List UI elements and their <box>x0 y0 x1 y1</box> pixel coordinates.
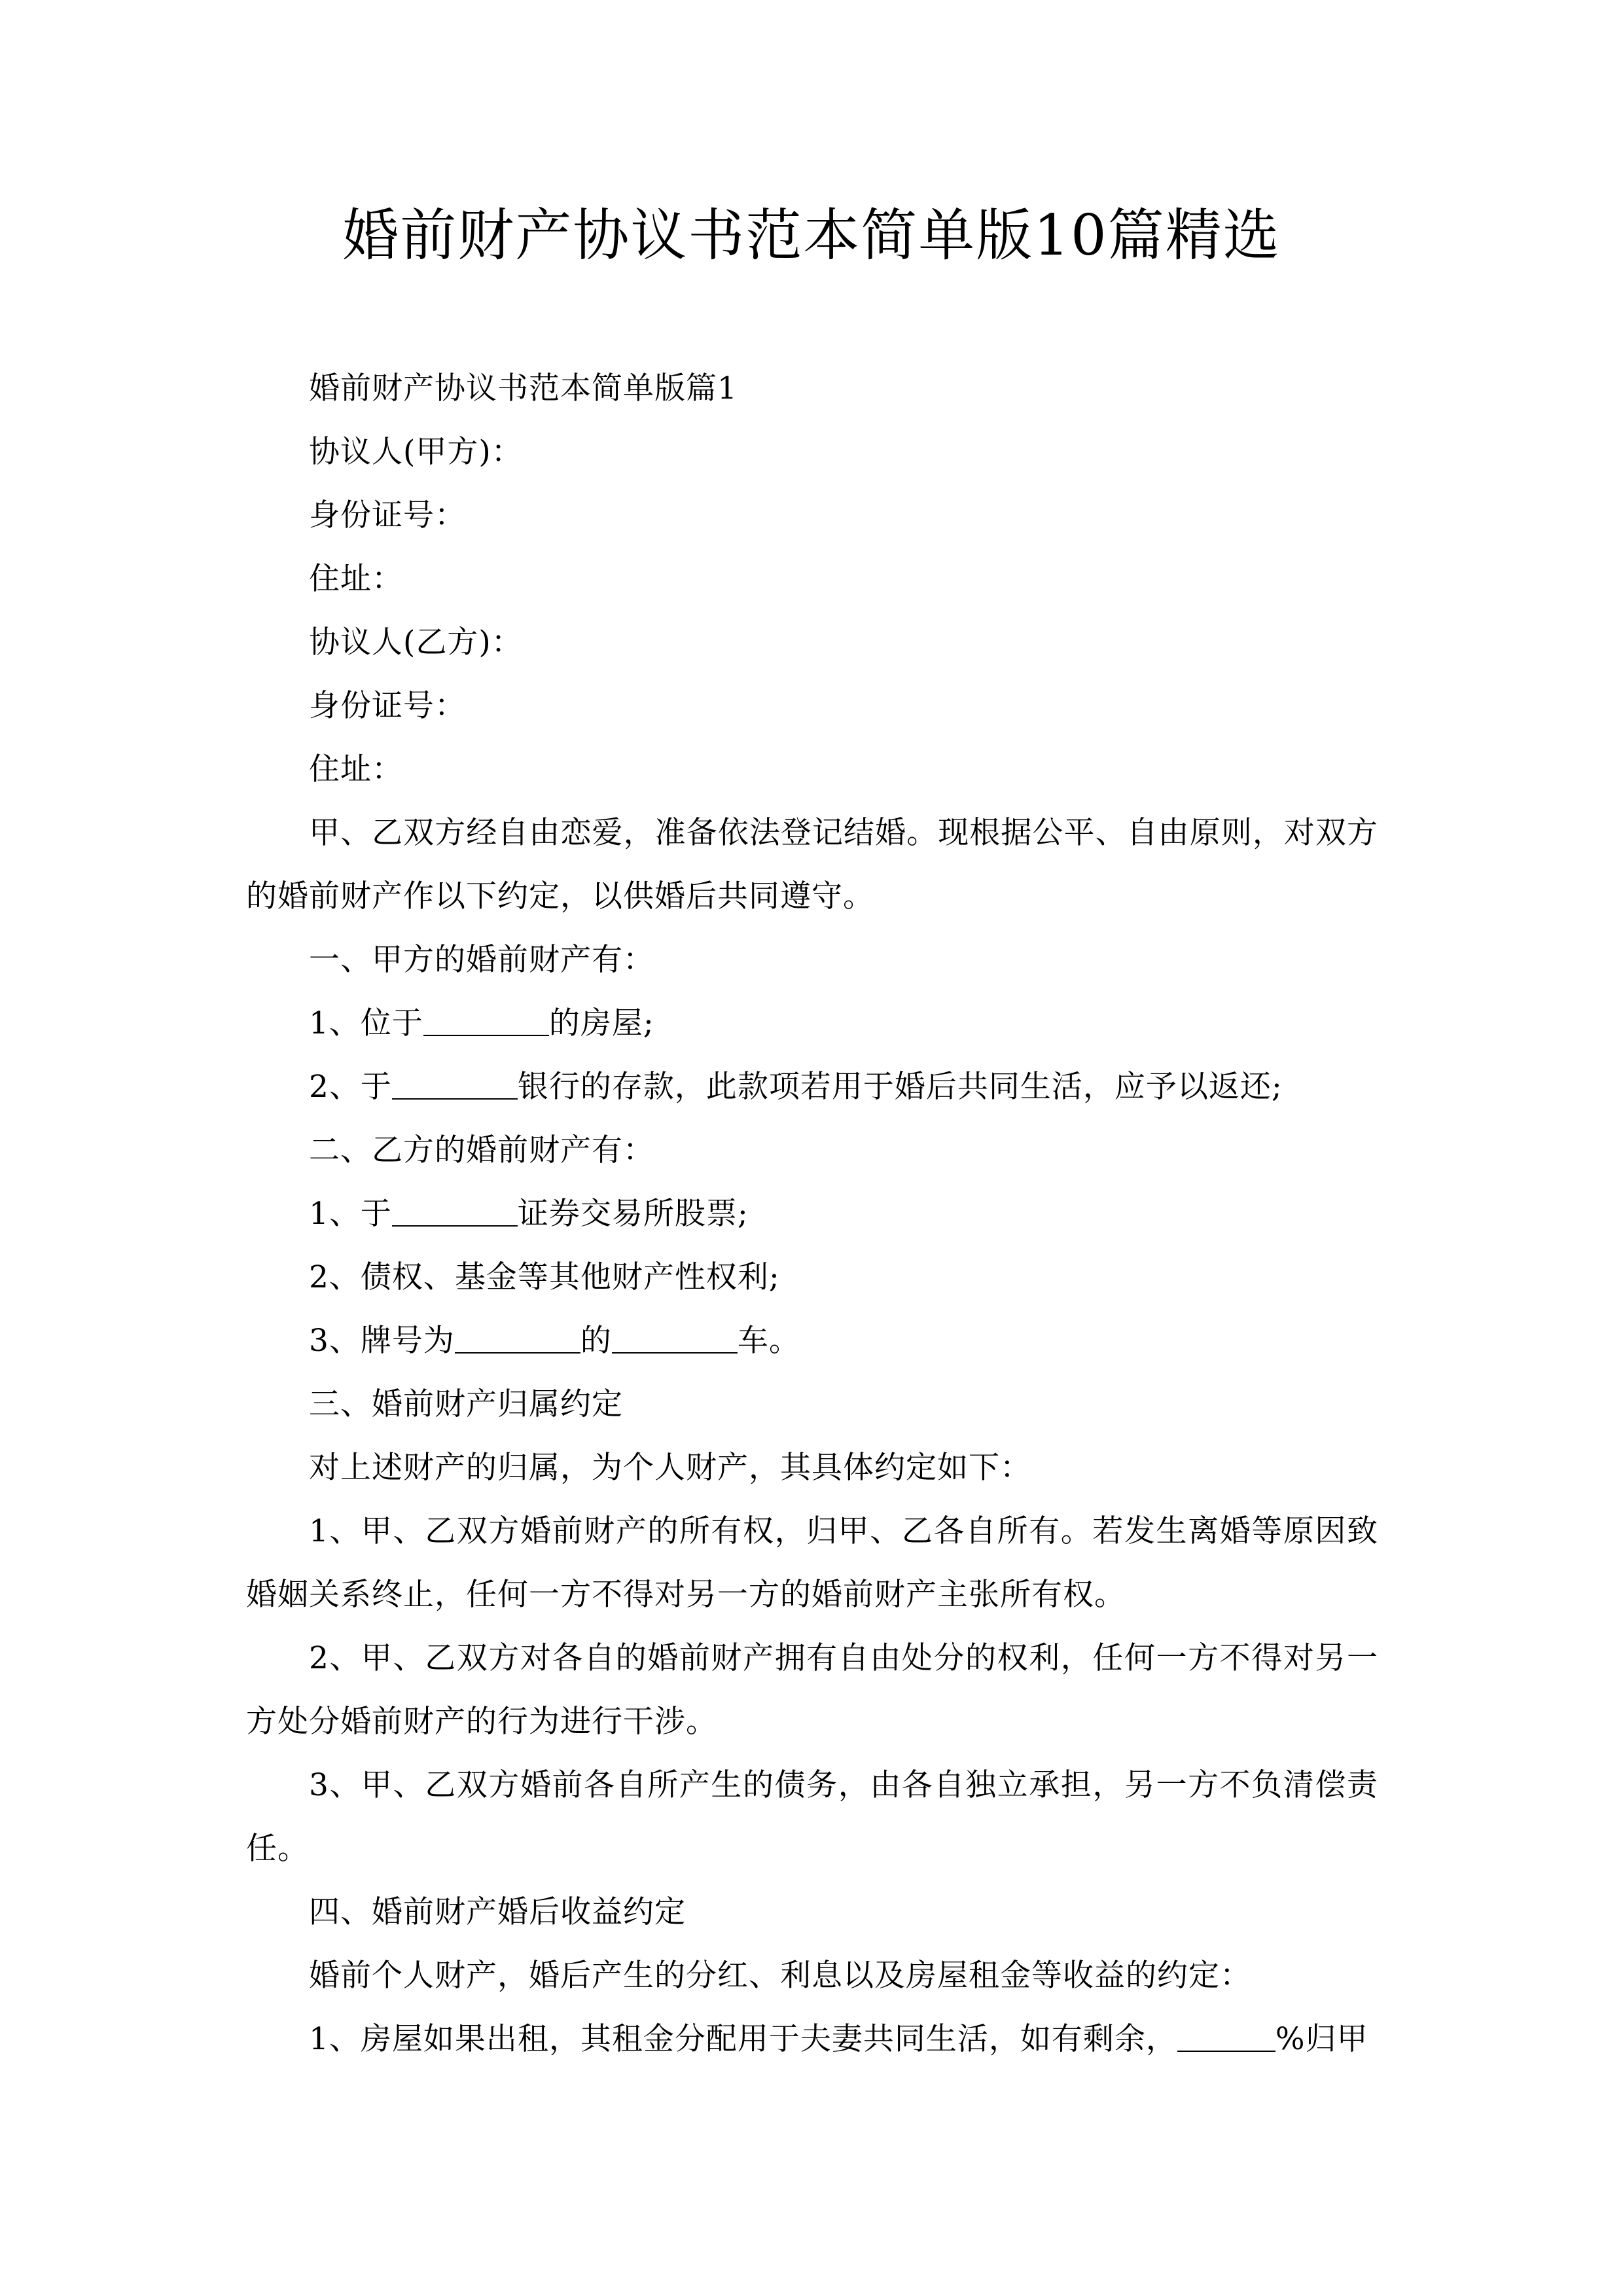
blank-field <box>392 1067 518 1100</box>
item-suffix: 的房屋; <box>549 1005 654 1041</box>
blank-field <box>392 1194 518 1227</box>
item-prefix: 2、于 <box>309 1069 392 1105</box>
section-two-item-1: 1、于证券交易所股票; <box>246 1182 1378 1246</box>
item-prefix: 1、位于 <box>309 1005 423 1041</box>
section-three-intro: 对上述财产的归属，为个人财产，其具体约定如下： <box>246 1436 1378 1499</box>
preamble-paragraph: 甲、乙双方经自由恋爱，准备依法登记结婚。现根据公平、自由原则，对双方的婚前财产作… <box>246 801 1378 928</box>
party-a-label: 协议人(甲方)： <box>246 420 1378 484</box>
section-three-clause-2: 2、甲、乙双方对各自的婚前财产拥有自由处分的权利，任何一方不得对另一方处分婚前财… <box>246 1626 1378 1753</box>
document-title: 婚前财产协议书范本简单版10篇精选 <box>0 196 1623 275</box>
section-three-heading: 三、婚前财产归属约定 <box>246 1372 1378 1436</box>
party-b-label: 协议人(乙方)： <box>246 611 1378 674</box>
section-one-heading: 一、甲方的婚前财产有： <box>246 928 1378 992</box>
party-b-address-label: 住址： <box>246 738 1378 801</box>
blank-field <box>423 1004 549 1036</box>
section-two-item-2: 2、债权、基金等其他财产性权利; <box>246 1246 1378 1309</box>
section-four-heading: 四、婚前财产婚后收益约定 <box>246 1880 1378 1944</box>
document-page: 婚前财产协议书范本简单版10篇精选 婚前财产协议书范本简单版篇1 协议人(甲方)… <box>0 0 1623 2296</box>
document-body: 婚前财产协议书范本简单版篇1 协议人(甲方)： 身份证号： 住址： 协议人(乙方… <box>246 357 1378 2071</box>
section-one-item-1: 1、位于的房屋; <box>246 992 1378 1055</box>
item-prefix: 3、牌号为 <box>309 1323 455 1359</box>
blank-field <box>1177 2020 1275 2052</box>
section-one-item-2: 2、于银行的存款，此款项若用于婚后共同生活，应予以返还; <box>246 1055 1378 1119</box>
blank-field <box>455 1321 580 1354</box>
section-three-clause-3: 3、甲、乙双方婚前各自所产生的债务，由各自独立承担，另一方不负清偿责任。 <box>246 1753 1378 1880</box>
section-two-heading: 二、乙方的婚前财产有： <box>246 1119 1378 1182</box>
clause-suffix: %归甲 <box>1275 2021 1368 2057</box>
item-prefix: 1、于 <box>309 1196 392 1232</box>
section-three-clause-1: 1、甲、乙双方婚前财产的所有权，归甲、乙各自所有。若发生离婚等原因致婚姻关系终止… <box>246 1499 1378 1626</box>
party-b-id-label: 身份证号： <box>246 674 1378 738</box>
item-middle: 的 <box>580 1323 612 1359</box>
blank-field <box>612 1321 738 1354</box>
item-suffix: 银行的存款，此款项若用于婚后共同生活，应予以返还; <box>518 1069 1283 1105</box>
section-heading: 婚前财产协议书范本简单版篇1 <box>246 357 1378 420</box>
section-four-clause-1: 1、房屋如果出租，其租金分配用于夫妻共同生活，如有剩余，%归甲 <box>246 2007 1378 2071</box>
clause-prefix: 1、房屋如果出租，其租金分配用于夫妻共同生活，如有剩余， <box>309 2021 1177 2057</box>
item-suffix: 车。 <box>738 1323 800 1359</box>
item-suffix: 证券交易所股票; <box>518 1196 749 1232</box>
party-a-address-label: 住址： <box>246 547 1378 611</box>
party-a-id-label: 身份证号： <box>246 484 1378 547</box>
section-four-intro: 婚前个人财产，婚后产生的分红、利息以及房屋租金等收益的约定： <box>246 1944 1378 2007</box>
section-two-item-3: 3、牌号为的车。 <box>246 1309 1378 1372</box>
